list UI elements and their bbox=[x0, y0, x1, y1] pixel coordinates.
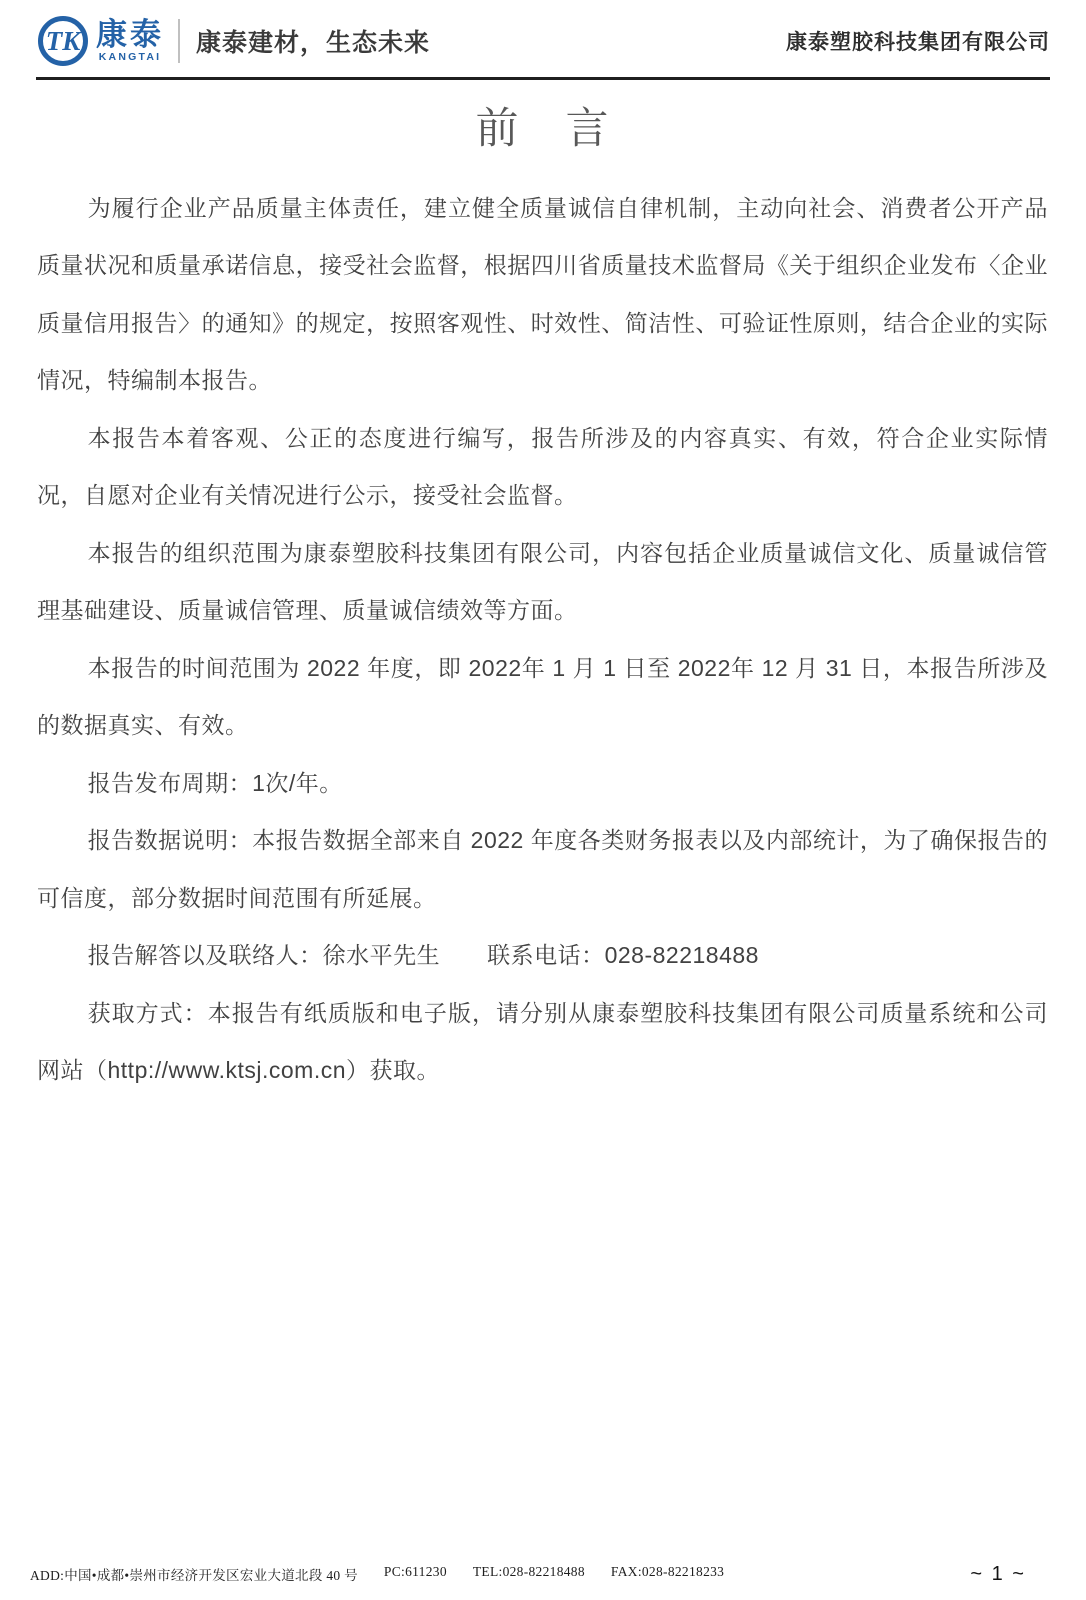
brand-name-cn: 康泰 bbox=[96, 19, 164, 50]
paragraph: 本报告的时间范围为 2022 年度，即 2022年 1 月 1 日至 2022年… bbox=[37, 640, 1048, 755]
brand-block: 康泰 KANGTAI bbox=[96, 19, 164, 63]
page-number: ~ 1 ~ bbox=[970, 1563, 1026, 1586]
footer-contact-info: ADD:中国•成都•崇州市经济开发区宏业大道北段 40 号 PC:611230 … bbox=[30, 1564, 724, 1584]
paragraph: 获取方式：本报告有纸质版和电子版，请分别从康泰塑胶科技集团有限公司质量系统和公司… bbox=[37, 985, 1048, 1100]
kangtai-logo-icon: TK bbox=[36, 14, 92, 68]
header-company-name: 康泰塑胶科技集团有限公司 bbox=[786, 26, 1050, 56]
paragraph: 报告解答以及联络人：徐水平先生 联系电话：028-82218488 bbox=[37, 927, 1048, 985]
footer-tel: TEL:028-82218488 bbox=[473, 1564, 585, 1584]
brand-name-en: KANGTAI bbox=[99, 52, 161, 63]
paragraph: 为履行企业产品质量主体责任，建立健全质量诚信自律机制，主动向社会、消费者公开产品… bbox=[37, 180, 1048, 410]
document-body: 为履行企业产品质量主体责任，建立健全质量诚信自律机制，主动向社会、消费者公开产品… bbox=[37, 180, 1048, 1100]
svg-text:TK: TK bbox=[46, 26, 82, 56]
page-title: 前 言 bbox=[0, 102, 1086, 158]
footer-fax: FAX:028-82218233 bbox=[611, 1564, 724, 1584]
page-header: TK 康泰 KANGTAI 康泰建材，生态未来 康泰塑胶科技集团有限公司 bbox=[36, 0, 1050, 80]
document-page: TK 康泰 KANGTAI 康泰建材，生态未来 康泰塑胶科技集团有限公司 前 言… bbox=[0, 0, 1086, 1600]
paragraph: 本报告本着客观、公正的态度进行编写，报告所涉及的内容真实、有效，符合企业实际情况… bbox=[37, 410, 1048, 525]
header-divider bbox=[178, 19, 180, 63]
header-tagline: 康泰建材，生态未来 bbox=[196, 23, 430, 59]
footer-address: ADD:中国•成都•崇州市经济开发区宏业大道北段 40 号 bbox=[30, 1564, 358, 1584]
paragraph: 本报告的组织范围为康泰塑胶科技集团有限公司，内容包括企业质量诚信文化、质量诚信管… bbox=[37, 525, 1048, 640]
paragraph: 报告发布周期：1次/年。 bbox=[37, 755, 1048, 813]
paragraph: 报告数据说明：本报告数据全部来自 2022 年度各类财务报表以及内部统计，为了确… bbox=[37, 812, 1048, 927]
footer-postcode: PC:611230 bbox=[384, 1564, 447, 1584]
